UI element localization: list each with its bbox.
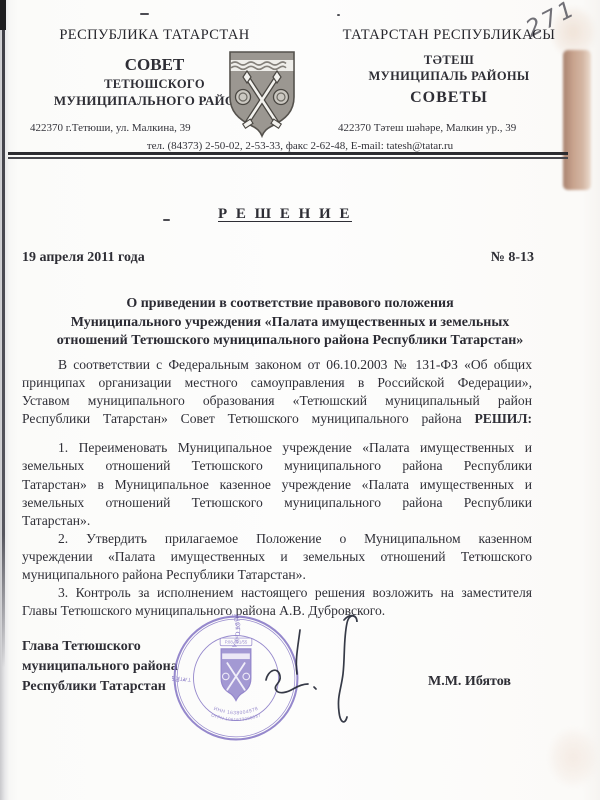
- document-date: 19 апреля 2011 года: [22, 250, 145, 266]
- region-name-ru: РЕСПУБЛИКА ТАТАРСТАН: [12, 27, 297, 44]
- org-name-tt-line1: ТӘТЕШ: [318, 53, 580, 68]
- item-3-line: 3. Контроль за исполнением настоящего ре…: [22, 584, 532, 602]
- item-1-line: 1. Переименовать Муниципальное учреждени…: [22, 439, 532, 457]
- document-number: № 8-13: [491, 250, 534, 266]
- body-line: принципах организации местного самоуправ…: [22, 374, 532, 392]
- item-1-line: Татарстан».: [22, 512, 532, 530]
- scanned-document-page: 271 РЕСПУБЛИКА ТАТАРСТАН СОВЕТ ТЕТЮШСКОГ…: [0, 0, 600, 800]
- scan-speck: [140, 13, 149, 15]
- item-1-line: Татарстан» в Муниципальное казенное учре…: [22, 476, 532, 494]
- scan-speck: [337, 14, 340, 16]
- document-subject: О приведении в соответствие правового по…: [30, 295, 550, 351]
- date-number-row: 19 апреля 2011 года № 8-13: [22, 250, 534, 266]
- handwritten-signature: [256, 610, 376, 750]
- scan-left-edge-line: [2, 0, 5, 668]
- item-2-line: 2. Утвердить прилагаемое Положение о Мун…: [22, 530, 532, 548]
- resolved-keyword: РЕШИЛ:: [474, 411, 532, 426]
- signatory-position: Глава Тетюшского муниципального района Р…: [22, 637, 178, 697]
- contact-line: тел. (84373) 2-50-02, 2-53-33, факс 2-62…: [0, 140, 600, 152]
- org-name-tt-line3: СОВЕТЫ: [318, 89, 580, 107]
- item-2-line: учреждении «Палата имущественных и земел…: [22, 548, 532, 566]
- body-line: Уставом муниципального образования «Тетю…: [22, 392, 532, 410]
- scan-right-smudge-bottom: [550, 730, 596, 785]
- document-body: В соответствии с Федеральным законом от …: [22, 356, 532, 620]
- document-type-title: Р Е Ш Е Н И Е: [40, 206, 530, 223]
- seal-reg-code: Р.08-091/55: [225, 640, 248, 645]
- region-name-tt: ТАТАРСТАН РЕСПУБЛИКАСЫ: [318, 27, 580, 44]
- item-1-line: земельных отношений Тетюшского муниципал…: [22, 457, 532, 475]
- scan-corner-mark: [0, 0, 6, 30]
- address-russian: 422370 г.Тетюши, ул. Малкина, 39: [30, 122, 191, 134]
- coat-of-arms-icon: [222, 47, 302, 148]
- body-line: Республики Татарстан» Совет Тетюшского м…: [22, 410, 532, 428]
- org-name-tt-line2: МУНИЦИПАЛЬ РАЙОНЫ: [318, 69, 580, 84]
- signatory-name: М.М. Ибятов: [428, 674, 511, 690]
- svg-text:ИНН 1638004978: ИНН 1638004978: [213, 706, 260, 717]
- body-line: В соответствии с Федеральным законом от …: [22, 356, 532, 374]
- letterhead-divider: [8, 152, 568, 159]
- item-1-line: земельных отношений Тетюшского муниципал…: [22, 494, 532, 512]
- seal-inn: ИНН 1638004978: [213, 706, 260, 717]
- address-tatar: 422370 Тәтеш шәһәре, Малкин ур., 39: [338, 122, 516, 134]
- letterhead-tatar: ТАТАРСТАН РЕСПУБЛИКАСЫ ТӘТЕШ МУНИЦИПАЛЬ …: [318, 27, 580, 107]
- item-2-line: муниципального района Республики Татарст…: [22, 566, 532, 584]
